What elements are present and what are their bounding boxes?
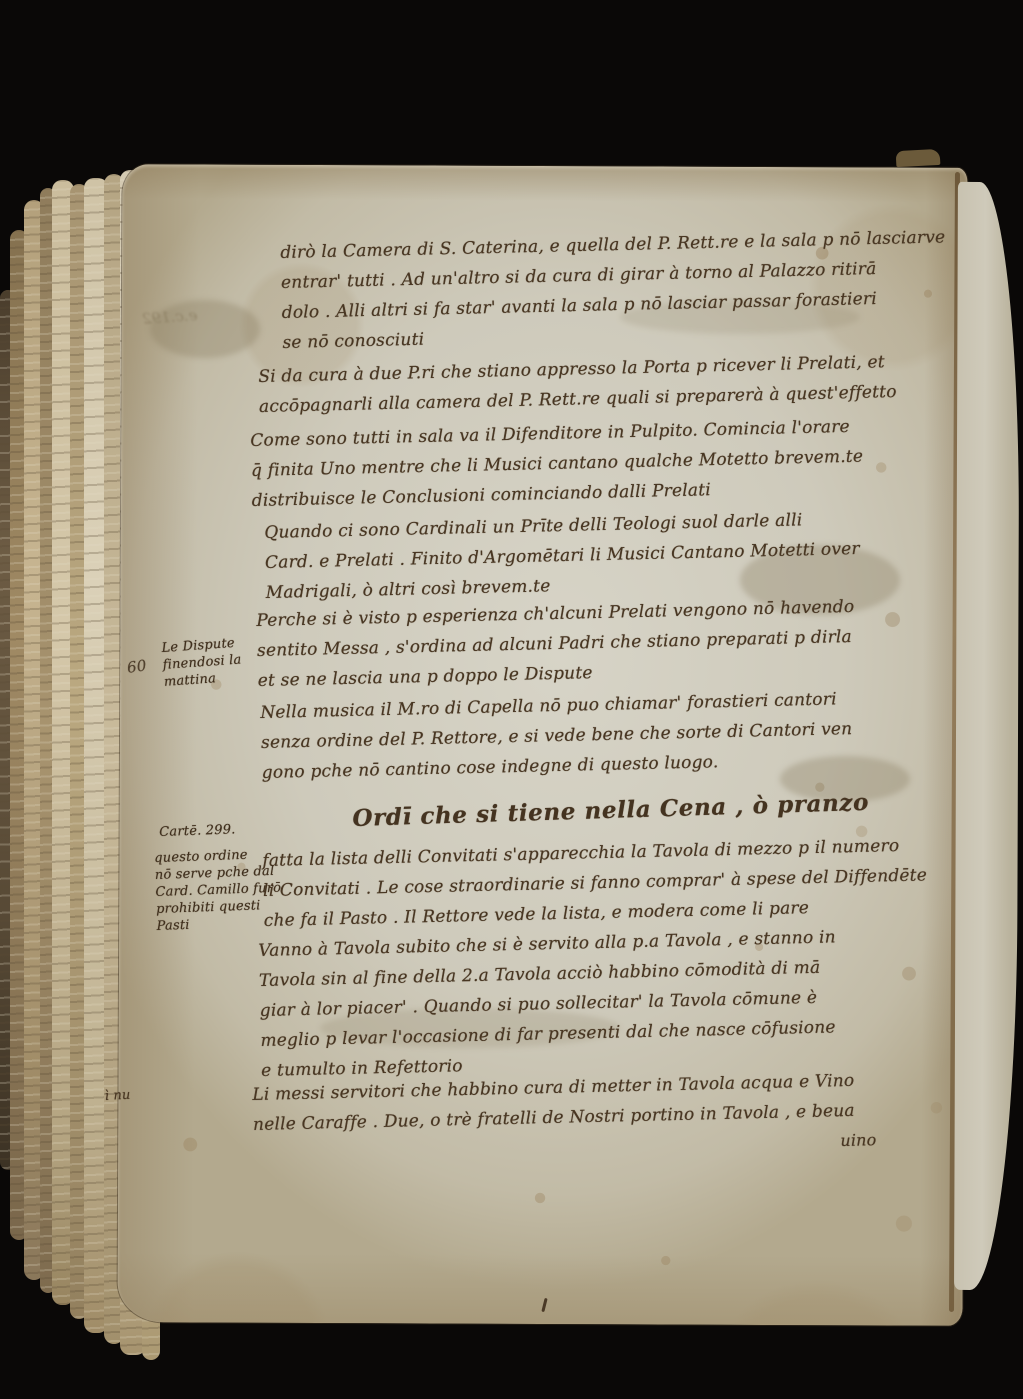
paragraph: Come sono tutti in sala va il Difenditor… (250, 412, 864, 516)
catchword: uino (840, 1125, 877, 1156)
margin-note-carte: Cartē. 299. (159, 821, 236, 841)
binding-fragment (896, 149, 941, 167)
facing-page-sliver (954, 182, 1020, 1290)
paragraph: Vanno à Tavola subito che si è servito a… (258, 922, 839, 1086)
paragraph: fatta la lista delli Convitati s'apparec… (262, 830, 928, 936)
paragraph: Quando ci sono Cardinali un Prīte delli … (264, 504, 861, 608)
paragraph: Nella musica il M.ro di Capella nō puo c… (260, 684, 853, 788)
quire-mark: 60 (126, 657, 148, 677)
edge-text-fragment: ì nu (104, 1081, 131, 1112)
manuscript-photo: e.c.192 dirò la Camera di S. Caterina, e… (0, 0, 1023, 1399)
manuscript-line: Cartē. 299. (159, 821, 236, 841)
margin-note-dispute: Le Disputefinendosi lamattina (161, 635, 243, 691)
margin-note-ordine: questo ordinenō serve pche dalCard. Cami… (154, 846, 283, 935)
paragraph: Perche si è visto p esperienza ch'alcuni… (256, 592, 856, 696)
bleedthrough-stain (150, 300, 260, 358)
paragraph: dirò la Camera di S. Caterina, e quella … (280, 222, 948, 358)
